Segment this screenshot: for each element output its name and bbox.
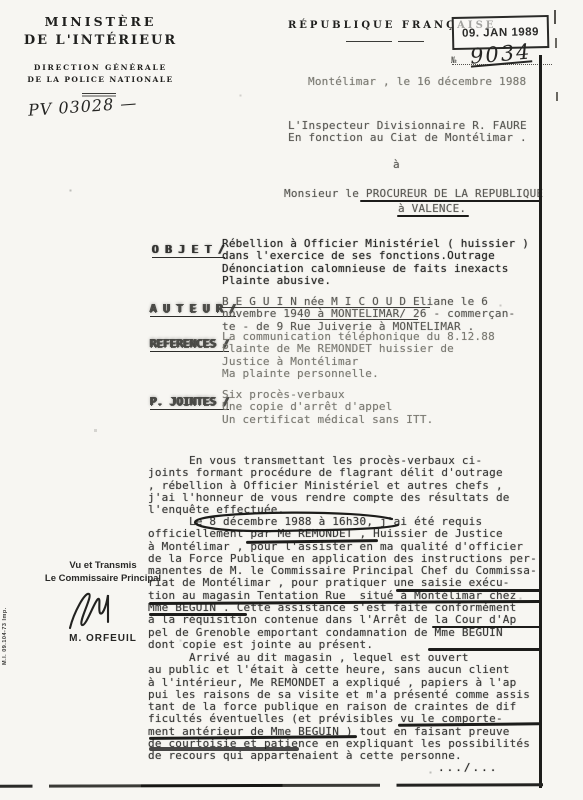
field-objet-text: Rébellion à Officier Ministériel ( huiss… [222, 238, 544, 287]
ministry-title-line2: DE L'INTÉRIEUR [18, 33, 183, 48]
field-pieces-jointes-text: Six procès-verbaux Une copie d'arrêt d'a… [222, 389, 544, 426]
scan-edge-vertical-line [539, 55, 542, 788]
scan-dash-1 [554, 10, 556, 24]
republic-underline [346, 41, 392, 42]
field-references-label: REFERENCES / [150, 337, 229, 352]
field-auteur-text: B E G U I N née M I C O U D Eliane le 6 … [222, 296, 544, 333]
transmission-stamp-line1: Vu et Transmis [28, 560, 178, 571]
signatory-name: M. ORFEUIL [40, 633, 166, 644]
pen-circle-annotation [186, 511, 402, 537]
scan-edge-bottom-line [0, 783, 543, 787]
scan-dash-3 [556, 92, 558, 101]
pen-underline-arret [432, 626, 542, 628]
field-pieces-jointes-label: P. JOINTES / [150, 395, 229, 410]
field-objet-label-wrap: O B J E T / [152, 238, 225, 258]
transmission-stamp: Vu et Transmis Le Commissaire Principal [28, 560, 178, 584]
signature [58, 582, 128, 634]
stamp-date-text: 09. JAN 1989 [462, 26, 539, 40]
republic-underline-2 [398, 41, 424, 42]
dateline: Montélimar , le 16 décembre 1988 [308, 76, 526, 88]
a-word: à [393, 159, 400, 171]
pen-underline-saisie [396, 589, 542, 592]
ministry-title-line1: MINISTÈRE [18, 14, 183, 29]
recipient-line2-underline [397, 215, 469, 217]
field-objet-label: O B J E T / [152, 243, 225, 258]
pen-underline-mme [149, 613, 247, 616]
field-pieces-jointes-label-wrap: P. JOINTES / [150, 390, 229, 410]
scan-dash-2 [555, 38, 557, 48]
direction-line1: DIRECTION GÉNÉRALE [18, 63, 183, 72]
auteur-name-underline [222, 307, 430, 308]
letterhead: MINISTÈRE DE L'INTÉRIEUR DIRECTION GÉNÉR… [18, 14, 183, 84]
field-references-text: La communication téléphonique du 8.12.88… [222, 331, 544, 380]
field-references-label-wrap: REFERENCES / [150, 332, 229, 352]
auteur-birth-underline [300, 319, 418, 320]
body-paragraph-1: En vous transmettant les procès-verbaux … [148, 455, 548, 516]
recipient-line1: Monsieur le PROCUREUR DE LA REPUBLIQUE [284, 188, 543, 200]
handwritten-reference: PV 03028 — [27, 93, 137, 120]
pen-underline-condamnation [428, 648, 542, 651]
margin-imprint: M.I. 09.104-73 Imp. [2, 545, 8, 665]
ink-blotch-line [149, 747, 299, 751]
sender-line2: En fonction au Ciat de Montélimar . [288, 132, 527, 144]
scanned-letter-page: MINISTÈRE DE L'INTÉRIEUR DIRECTION GÉNÉR… [0, 0, 583, 800]
scan-noise-specks [0, 0, 1, 1]
continuation-mark: .../... [438, 762, 498, 774]
recipient-line2: à VALENCE. [398, 203, 466, 215]
direction-line2: DE LA POLICE NATIONALE [18, 75, 183, 84]
